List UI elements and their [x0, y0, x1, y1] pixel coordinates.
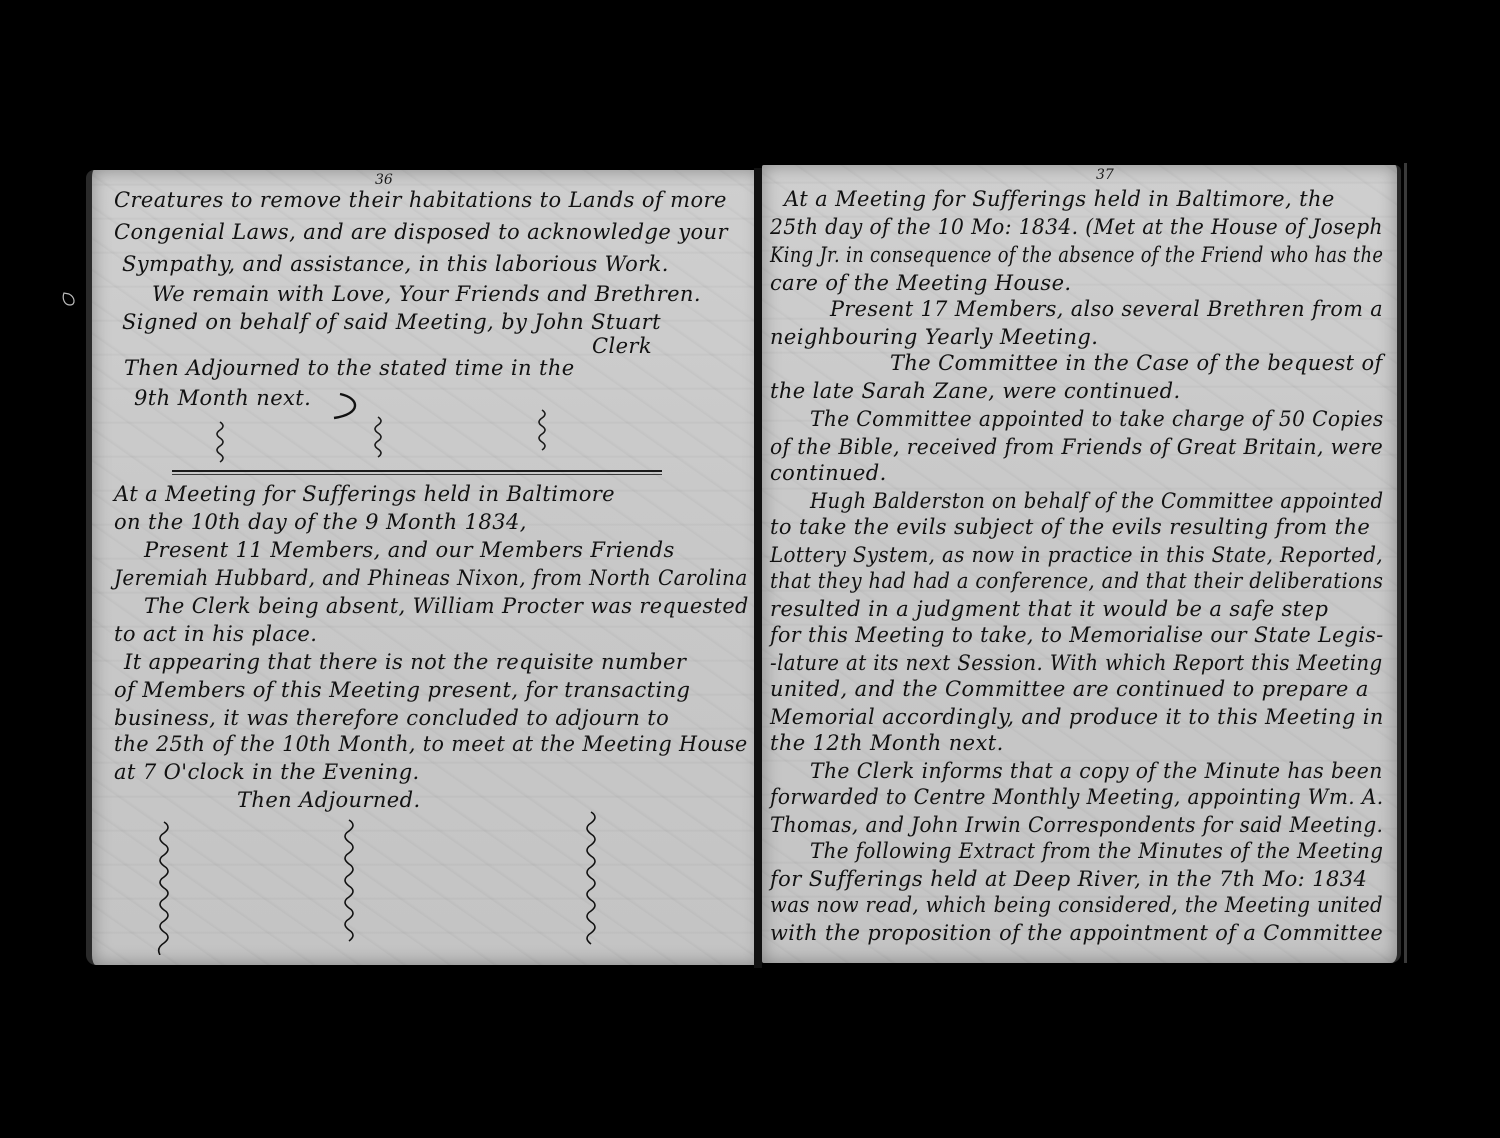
text-line: It appearing that there is not the requi…	[124, 650, 686, 674]
text-line: at 7 O'clock in the Evening.	[114, 760, 420, 784]
text-line: Jeremiah Hubbard, and Phineas Nixon, fro…	[114, 566, 748, 590]
left-page: 36 Creatures to remove their habitations…	[86, 170, 762, 965]
right-page: 37 At a Meeting for Sufferings held in B…	[762, 165, 1401, 963]
text-line: resulted in a judgment that it would be …	[770, 597, 1328, 621]
squiggle-flourish-icon	[579, 810, 609, 950]
squiggle-flourish-icon	[337, 818, 367, 948]
text-line: Congenial Laws, and are disposed to ackn…	[114, 220, 728, 244]
text-line: forwarded to Centre Monthly Meeting, app…	[770, 785, 1384, 809]
text-line: was now read, which being considered, th…	[770, 893, 1383, 917]
book-gutter	[754, 168, 762, 968]
text-line: on the 10th day of the 9 Month 1834,	[114, 510, 527, 534]
text-line: Lottery System, as now in practice in th…	[770, 543, 1383, 567]
text-line: We remain with Love, Your Friends and Br…	[152, 282, 701, 306]
text-line: Then Adjourned.	[237, 788, 421, 812]
text-line: -lature at its next Session. With which …	[770, 651, 1383, 675]
text-line: Thomas, and John Irwin Correspondents fo…	[770, 813, 1383, 837]
text-line: Present 17 Members, also several Brethre…	[830, 297, 1383, 321]
text-line: for Sufferings held at Deep River, in th…	[770, 867, 1367, 891]
text-line: with the proposition of the appointment …	[770, 921, 1383, 945]
signature-title: Clerk	[592, 334, 652, 358]
bracket-flourish-icon	[330, 392, 370, 422]
margin-mark-icon	[60, 290, 78, 308]
page-number: 36	[375, 172, 393, 188]
text-line: united, and the Committee are continued …	[770, 677, 1369, 701]
text-line: The Committee appointed to take charge o…	[810, 407, 1384, 431]
squiggle-flourish-icon	[152, 820, 182, 955]
text-line: The Clerk informs that a copy of the Min…	[810, 759, 1383, 783]
text-line: King Jr. in consequence of the absence o…	[770, 243, 1383, 267]
text-line: The Committee in the Case of the bequest…	[890, 351, 1383, 375]
text-line: Then Adjourned to the stated time in the	[124, 356, 575, 380]
text-line: The following Extract from the Minutes o…	[810, 839, 1383, 863]
text-line: Signed on behalf of said Meeting, by Joh…	[122, 310, 661, 334]
text-line: The Clerk being absent, William Procter …	[144, 594, 749, 618]
text-line: Memorial accordingly, and produce it to …	[770, 705, 1384, 729]
text-line: continued.	[770, 461, 887, 485]
squiggle-flourish-icon	[368, 415, 388, 465]
text-line: for this Meeting to take, to Memorialise…	[770, 623, 1384, 647]
text-line: care of the Meeting House.	[770, 271, 1072, 295]
text-line: the 25th of the 10th Month, to meet at t…	[114, 732, 748, 756]
text-line: At a Meeting for Sufferings held in Balt…	[784, 187, 1335, 211]
text-line: 9th Month next.	[134, 386, 311, 410]
text-line: Creatures to remove their habitations to…	[114, 188, 727, 212]
squiggle-flourish-icon	[532, 408, 552, 460]
section-divider	[172, 470, 662, 475]
text-line: the 12th Month next.	[770, 731, 1004, 755]
text-line: to act in his place.	[114, 622, 317, 646]
text-line: Sympathy, and assistance, in this labori…	[122, 252, 669, 276]
text-line: of the Bible, received from Friends of G…	[770, 435, 1383, 459]
text-line: 25th day of the 10 Mo: 1834. (Met at the…	[770, 215, 1383, 239]
text-line: that they had had a conference, and that…	[770, 569, 1383, 593]
squiggle-flourish-icon	[210, 420, 230, 470]
text-line: the late Sarah Zane, were continued.	[770, 379, 1181, 403]
page-edge	[1404, 163, 1407, 963]
text-line: At a Meeting for Sufferings held in Balt…	[114, 482, 615, 506]
text-line: business, it was therefore concluded to …	[114, 706, 669, 730]
text-line: of Members of this Meeting present, for …	[114, 678, 690, 702]
page-number: 37	[1096, 167, 1114, 183]
manuscript-spread: 36 Creatures to remove their habitations…	[0, 0, 1500, 1138]
text-line: neighbouring Yearly Meeting.	[770, 325, 1098, 349]
text-line: Hugh Balderston on behalf of the Committ…	[810, 489, 1383, 513]
text-line: Present 11 Members, and our Members Frie…	[144, 538, 675, 562]
text-line: to take the evils subject of the evils r…	[770, 515, 1370, 539]
